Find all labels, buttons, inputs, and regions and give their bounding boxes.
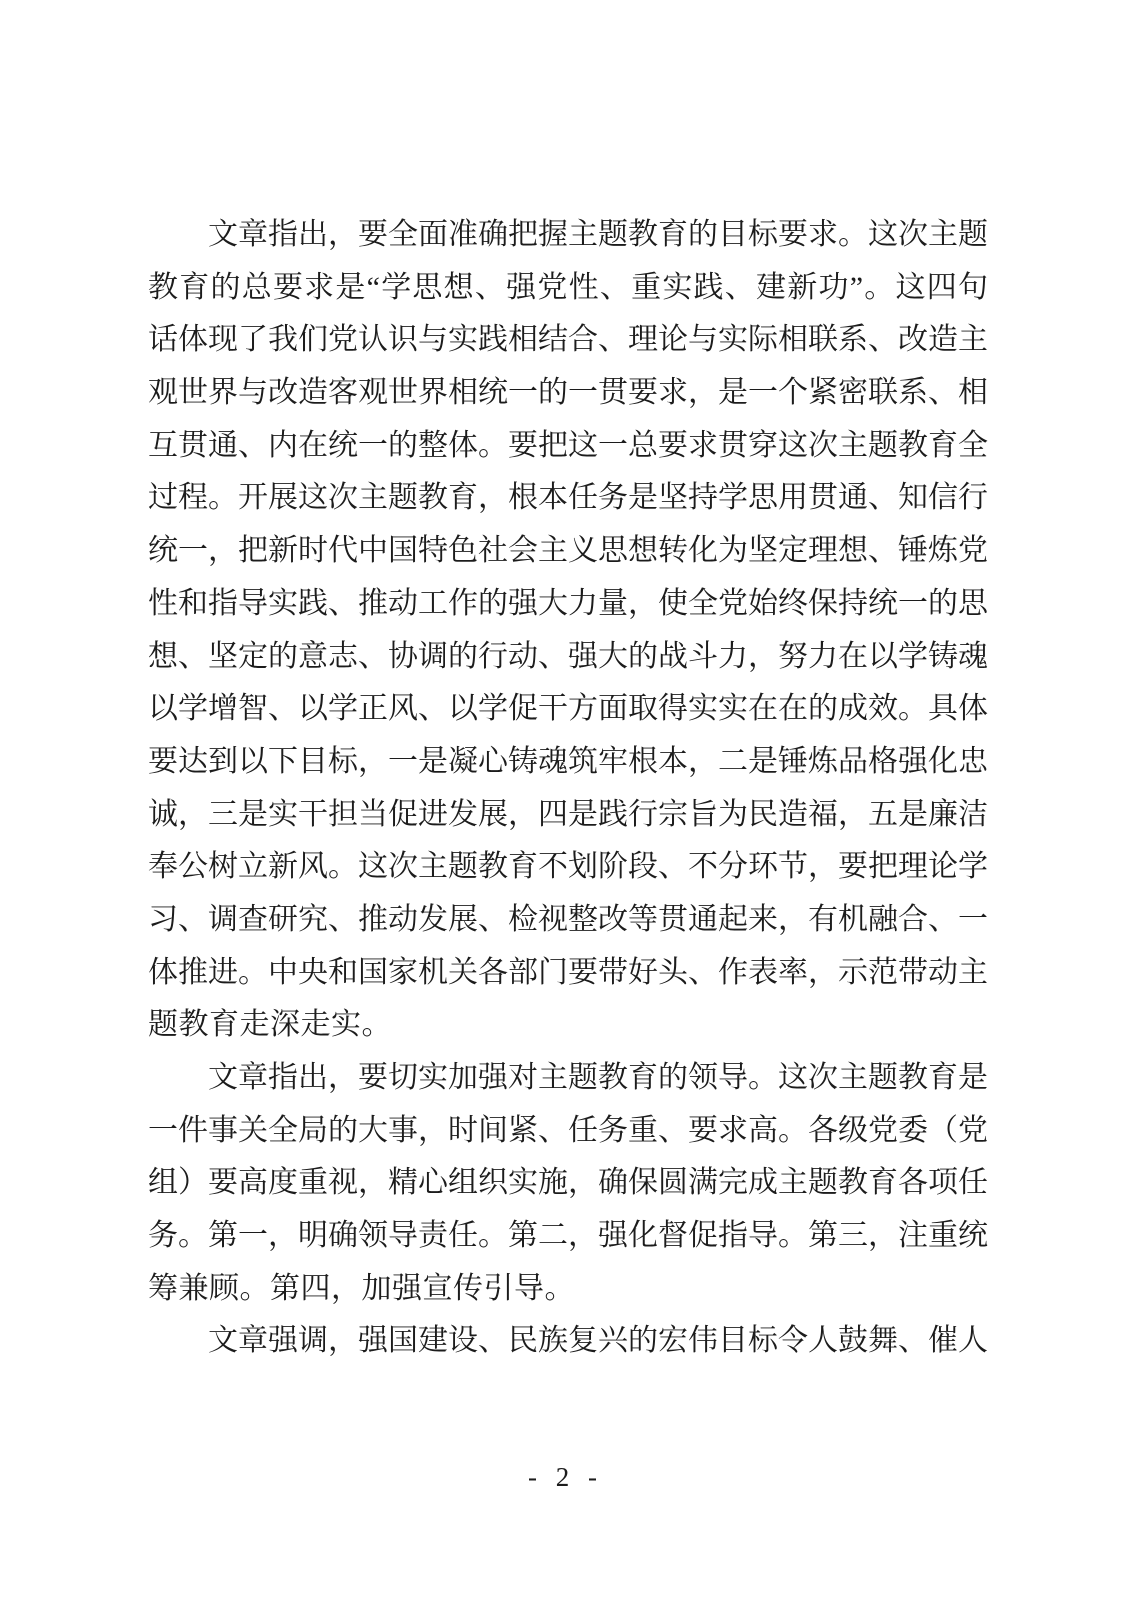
- text-line: 教育的总要求是“学思想、强党性、重实践、建新功”。这四句: [148, 262, 988, 315]
- text-line: 组）要高度重视，精心组织实施，确保圆满完成主题教育各项任: [148, 1157, 988, 1210]
- text-line: 文章指出，要切实加强对主题教育的领导。这次主题教育是: [148, 1052, 988, 1105]
- text-line: 互贯通、内在统一的整体。要把这一总要求贯穿这次主题教育全: [148, 420, 988, 473]
- text-line: 体推进。中央和国家机关各部门要带好头、作表率，示范带动主: [148, 947, 988, 1000]
- text-line: 诚，三是实干担当促进发展，四是践行宗旨为民造福，五是廉洁: [148, 789, 988, 842]
- document-body: 文章指出，要全面准确把握主题教育的目标要求。这次主题 教育的总要求是“学思想、强…: [148, 209, 988, 1368]
- text-line: 文章强调，强国建设、民族复兴的宏伟目标令人鼓舞、催人: [148, 1315, 988, 1368]
- text-line: 奉公树立新风。这次主题教育不划阶段、不分环节，要把理论学: [148, 841, 988, 894]
- text-line: 性和指导实践、推动工作的强大力量，使全党始终保持统一的思: [148, 578, 988, 631]
- text-line: 习、调查研究、推动发展、检视整改等贯通起来，有机融合、一: [148, 894, 988, 947]
- paragraph-2: 文章指出，要切实加强对主题教育的领导。这次主题教育是 一件事关全局的大事，时间紧…: [148, 1052, 988, 1315]
- text-line: 话体现了我们党认识与实践相结合、理论与实际相联系、改造主: [148, 314, 988, 367]
- text-line: 务。第一，明确领导责任。第二，强化督促指导。第三，注重统: [148, 1210, 988, 1263]
- text-line: 统一，把新时代中国特色社会主义思想转化为坚定理想、锤炼党: [148, 525, 988, 578]
- page-number: - 2 -: [0, 1462, 1131, 1493]
- paragraph-3: 文章强调，强国建设、民族复兴的宏伟目标令人鼓舞、催人: [148, 1315, 988, 1368]
- text-line: 想、坚定的意志、协调的行动、强大的战斗力，努力在以学铸魂、: [148, 631, 988, 684]
- text-line: 过程。开展这次主题教育，根本任务是坚持学思用贯通、知信行: [148, 472, 988, 525]
- document-page: 文章指出，要全面准确把握主题教育的目标要求。这次主题 教育的总要求是“学思想、强…: [0, 0, 1131, 1600]
- text-line: 要达到以下目标，一是凝心铸魂筑牢根本，二是锤炼品格强化忠: [148, 736, 988, 789]
- text-line: 观世界与改造客观世界相统一的一贯要求，是一个紧密联系、相: [148, 367, 988, 420]
- text-line: 筹兼顾。第四，加强宣传引导。: [148, 1263, 988, 1316]
- text-line: 文章指出，要全面准确把握主题教育的目标要求。这次主题: [148, 209, 988, 262]
- text-line: 以学增智、以学正风、以学促干方面取得实实在在的成效。具体: [148, 683, 988, 736]
- text-line: 一件事关全局的大事，时间紧、任务重、要求高。各级党委（党: [148, 1105, 988, 1158]
- paragraph-1: 文章指出，要全面准确把握主题教育的目标要求。这次主题 教育的总要求是“学思想、强…: [148, 209, 988, 1052]
- text-line: 题教育走深走实。: [148, 999, 988, 1052]
